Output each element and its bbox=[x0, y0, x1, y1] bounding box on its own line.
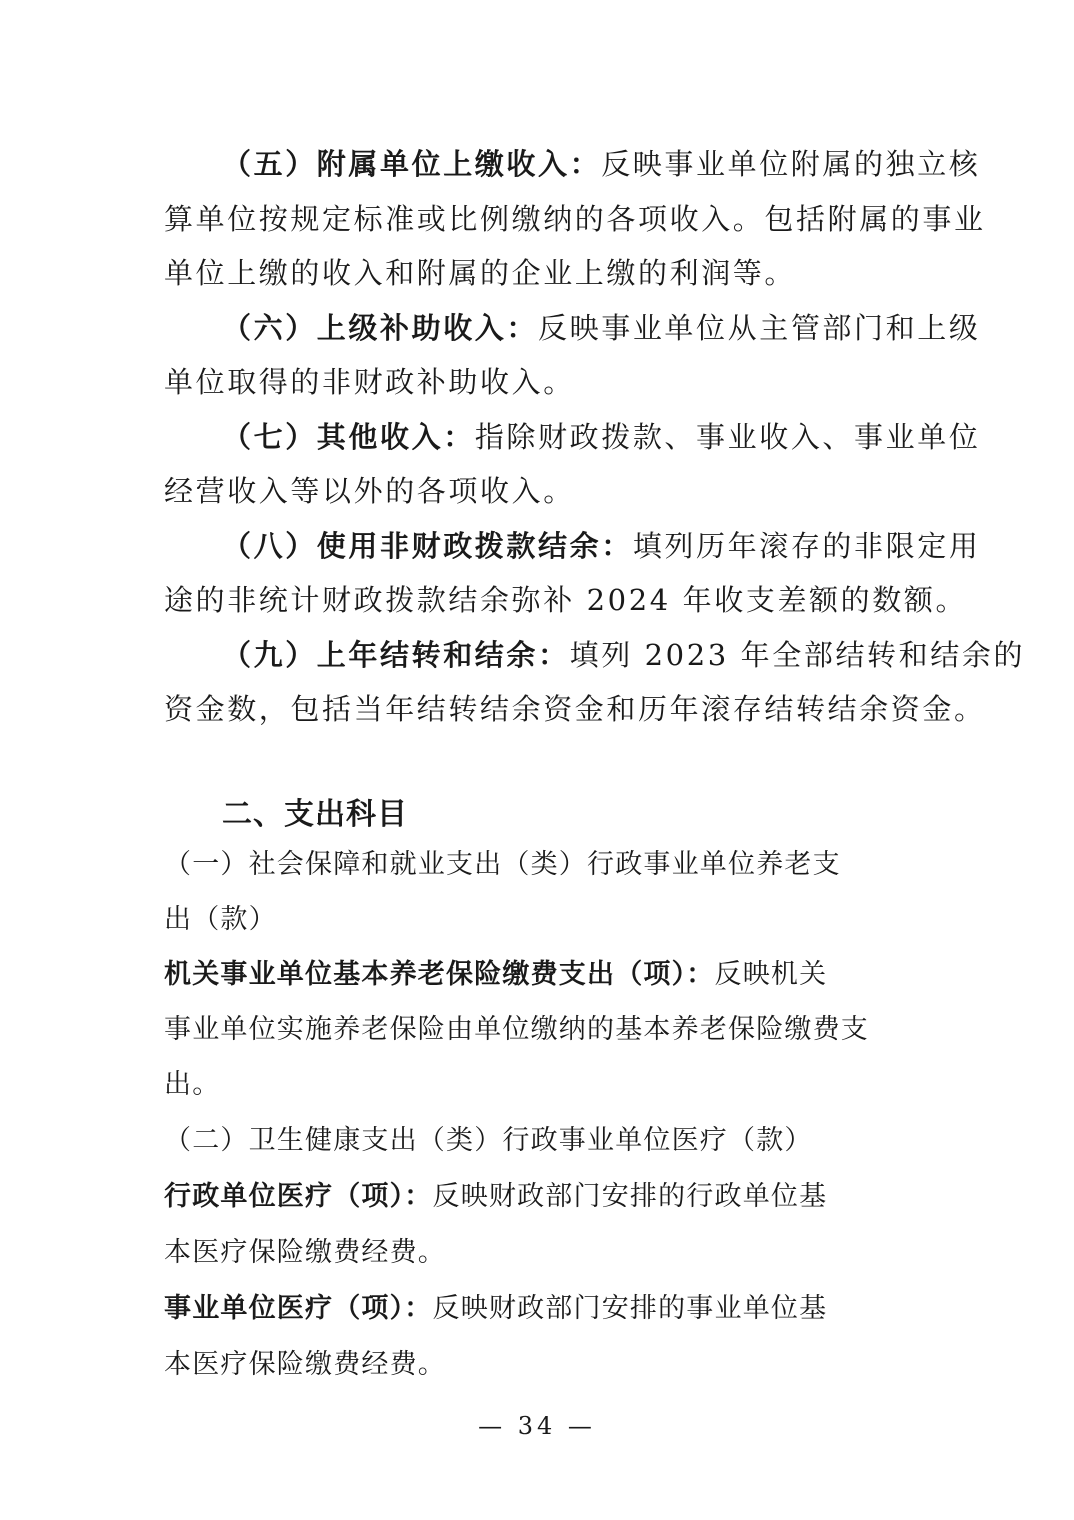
income-item-7: （七）其他收入：指除财政拨款、事业收入、事业单位 bbox=[222, 420, 980, 454]
item-label: （七）其他收入： bbox=[222, 420, 475, 454]
item-text: 反映财政部门安排的事业单位基 bbox=[433, 1293, 828, 1324]
item-text: 反映事业单位附属的独立核 bbox=[601, 147, 980, 181]
expense-item-institution-medical: 事业单位医疗（项）：反映财政部门安排的事业单位基 bbox=[164, 1292, 827, 1326]
item-text: 反映财政部门安排的行政单位基 bbox=[433, 1181, 828, 1212]
paragraph-line: 资金数，包括当年结转结余资金和历年滚存结转结余资金。 bbox=[164, 692, 986, 726]
item-label: （五）附属单位上缴收入： bbox=[222, 147, 601, 181]
item-label: （九）上年结转和结余： bbox=[222, 638, 570, 672]
item-text: 反映事业单位从主管部门和上级 bbox=[538, 311, 980, 345]
income-item-5: （五）附属单位上缴收入：反映事业单位附属的独立核 bbox=[222, 147, 980, 181]
expense-item-admin-medical: 行政单位医疗（项）：反映财政部门安排的行政单位基 bbox=[164, 1180, 827, 1214]
item-text: 填列 2023 年全部结转和结余的 bbox=[570, 638, 1025, 672]
item-text: 反映机关 bbox=[715, 959, 828, 990]
paragraph-line: 经营收入等以外的各项收入。 bbox=[164, 474, 575, 508]
paragraph-line: 单位取得的非财政补助收入。 bbox=[164, 365, 575, 399]
expense-subsection-1-title-cont: 出（款） bbox=[164, 903, 277, 937]
expense-subsection-2-title: （二）卫生健康支出（类）行政事业单位医疗（款） bbox=[164, 1124, 813, 1158]
expense-subsection-1-title: （一）社会保障和就业支出（类）行政事业单位养老支 bbox=[164, 848, 841, 882]
item-text: 指除财政拨款、事业收入、事业单位 bbox=[475, 420, 981, 454]
income-item-9: （九）上年结转和结余：填列 2023 年全部结转和结余的 bbox=[222, 638, 1025, 672]
section-heading: 二、支出科目 bbox=[222, 797, 408, 833]
item-label: 机关事业单位基本养老保险缴费支出（项）： bbox=[164, 959, 715, 990]
income-item-8: （八）使用非财政拨款结余：填列历年滚存的非限定用 bbox=[222, 529, 980, 563]
paragraph-line: 本医疗保险缴费经费。 bbox=[164, 1236, 446, 1270]
item-label: 行政单位医疗（项）： bbox=[164, 1181, 433, 1212]
item-label: 事业单位医疗（项）： bbox=[164, 1293, 433, 1324]
item-label: （六）上级补助收入： bbox=[222, 311, 538, 345]
item-text: 填列历年滚存的非限定用 bbox=[633, 529, 981, 563]
paragraph-line: 算单位按规定标准或比例缴纳的各项收入。包括附属的事业 bbox=[164, 202, 986, 236]
page-number: — 34 — bbox=[0, 1412, 1074, 1440]
paragraph-line: 事业单位实施养老保险由单位缴纳的基本养老保险缴费支 bbox=[164, 1013, 869, 1047]
expense-item-pension: 机关事业单位基本养老保险缴费支出（项）：反映机关 bbox=[164, 958, 827, 992]
paragraph-line: 出。 bbox=[164, 1068, 220, 1102]
paragraph-line: 本医疗保险缴费经费。 bbox=[164, 1348, 446, 1382]
item-label: （八）使用非财政拨款结余： bbox=[222, 529, 633, 563]
paragraph-line: 单位上缴的收入和附属的企业上缴的利润等。 bbox=[164, 256, 796, 290]
paragraph-line: 途的非统计财政拨款结余弥补 2024 年收支差额的数额。 bbox=[164, 583, 967, 617]
income-item-6: （六）上级补助收入：反映事业单位从主管部门和上级 bbox=[222, 311, 980, 345]
